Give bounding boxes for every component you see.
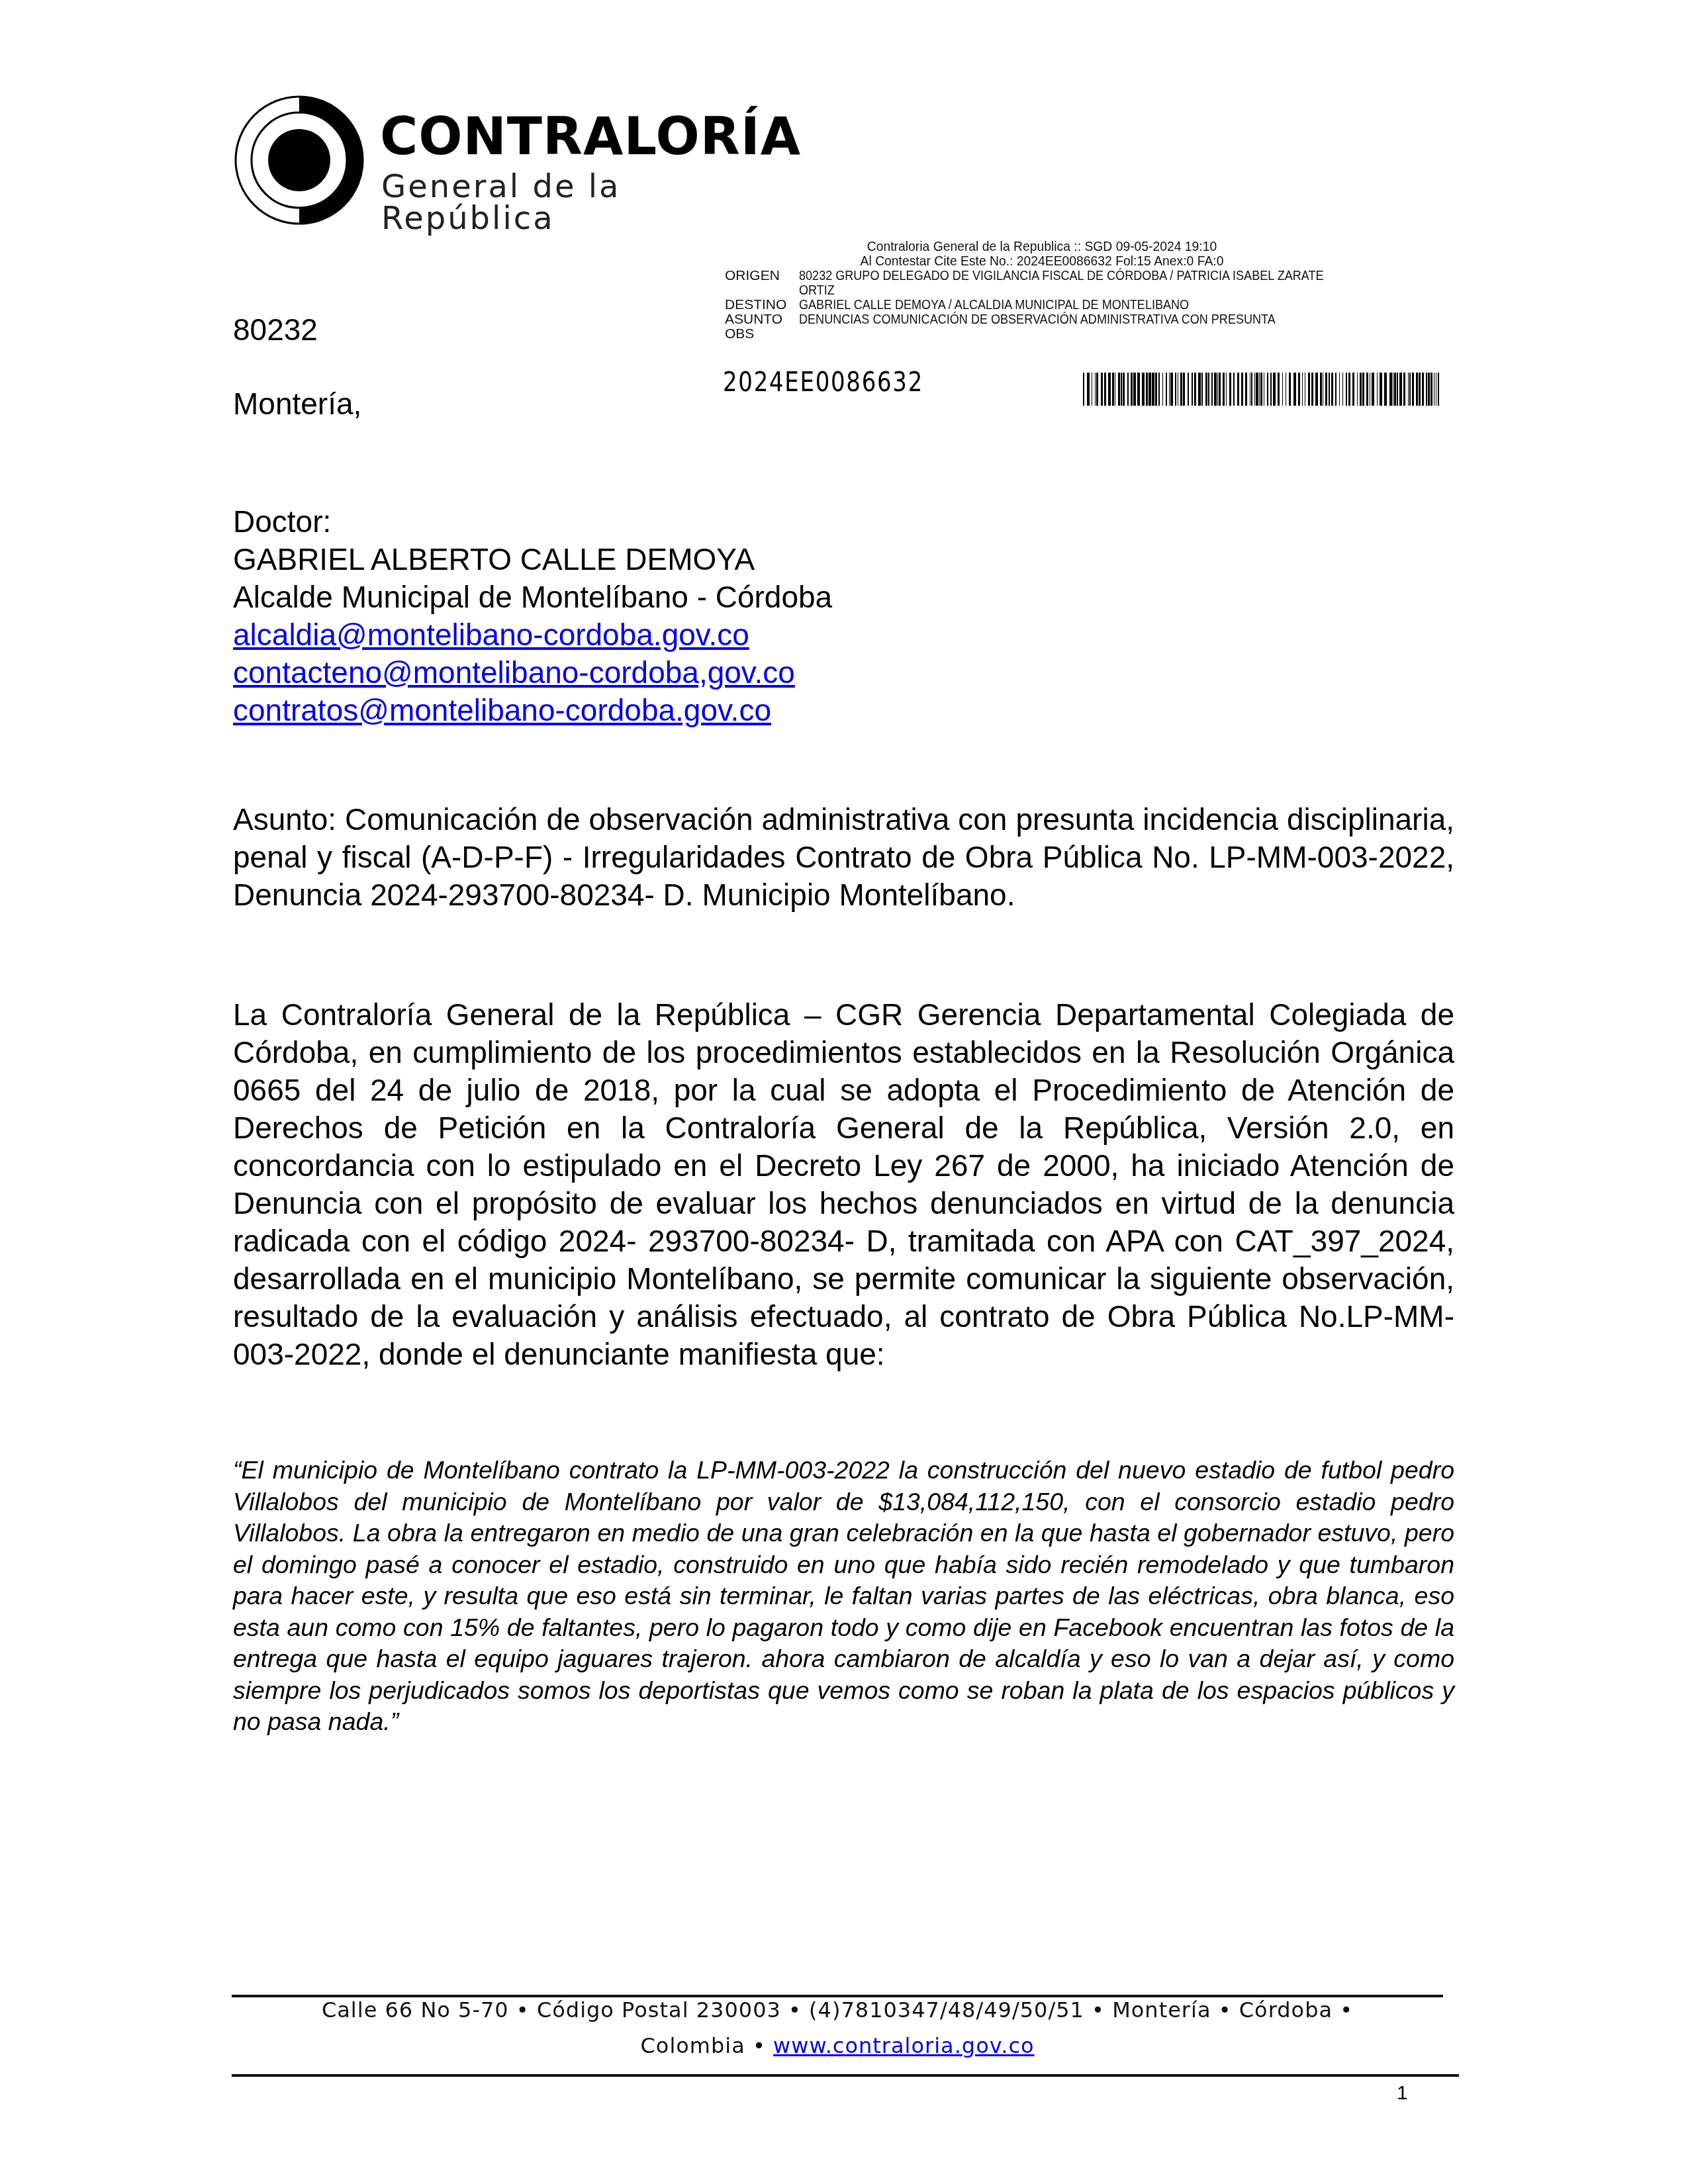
page-number: 1: [1397, 2082, 1408, 2105]
stamp-row-obs: OBS: [725, 327, 1460, 341]
recipient-block: Doctor: GABRIEL ALBERTO CALLE DEMOYA Alc…: [233, 503, 832, 729]
subject-text: Comunicación de observación administrati…: [233, 802, 1454, 912]
logo-title: CONTRALORÍA: [380, 111, 801, 163]
email-link-contratos[interactable]: contratos@montelibano-cordoba.gov.co: [233, 693, 771, 727]
dependency-code: 80232: [233, 311, 318, 349]
footer-address-line-1: Calle 66 No 5-70 • Código Postal 230003 …: [232, 1992, 1443, 2028]
stamp-line-1: Contraloria General de la Republica :: S…: [768, 240, 1316, 254]
stamp-row-destino: DESTINO GABRIEL CALLE DEMOYA / ALCALDIA …: [725, 298, 1460, 312]
recipient-name: GABRIEL ALBERTO CALLE DEMOYA: [233, 541, 832, 578]
stamp-value: ORTIZ: [799, 283, 1367, 298]
stamp-label: ASUNTO: [725, 312, 799, 327]
concentric-circles-logo-icon: [233, 94, 365, 226]
email-link-contacteno[interactable]: contacteno@montelibano-cordoba,gov.co: [233, 655, 795, 690]
subject-label: Asunto:: [233, 802, 336, 837]
stamp-row-origen: ORIGEN 80232 GRUPO DELEGADO DE VIGILANCI…: [725, 269, 1460, 283]
stamp-label: ORIGEN: [725, 269, 799, 283]
stamp-value: GABRIEL CALLE DEMOYA / ALCALDIA MUNICIPA…: [799, 298, 1367, 312]
city-line: Montería,: [233, 385, 361, 423]
radicado-number: 2024EE0086632: [723, 367, 923, 398]
logo-subtitle: General de la República: [381, 171, 802, 234]
footer-address-line-2: Colombia • www.contraloria.gov.co: [232, 2028, 1443, 2064]
website-link[interactable]: www.contraloria.gov.co: [773, 2033, 1035, 2058]
email-link-alcaldia[interactable]: alcaldia@montelibano-cordoba.gov.co: [233, 617, 749, 652]
stamp-value: [799, 327, 1367, 341]
stamp-value: DENUNCIAS COMUNICACIÓN DE OBSERVACIÓN AD…: [799, 312, 1367, 327]
stamp-label: DESTINO: [725, 298, 799, 312]
stamp-row-origen-cont: ORTIZ: [725, 283, 1460, 298]
subject-block: Asunto: Comunicación de observación admi…: [233, 801, 1454, 914]
contraloria-logo: CONTRALORÍA General de la República: [233, 94, 802, 226]
stamp-row-asunto: ASUNTO DENUNCIAS COMUNICACIÓN DE OBSERVA…: [725, 312, 1460, 327]
stamp-label: [725, 283, 799, 298]
barcode-icon: [1083, 373, 1444, 406]
footer-bottom-rule: [232, 2074, 1459, 2077]
footer-address: Calle 66 No 5-70 • Código Postal 230003 …: [232, 1992, 1443, 2064]
recipient-position: Alcalde Municipal de Montelíbano - Córdo…: [233, 578, 832, 616]
salutation: Doctor:: [233, 503, 832, 541]
footer-country: Colombia •: [640, 2033, 773, 2058]
stamp-value: 80232 GRUPO DELEGADO DE VIGILANCIA FISCA…: [799, 269, 1367, 283]
stamp-label: OBS: [725, 327, 799, 341]
body-paragraph: La Contraloría General de la República –…: [233, 996, 1454, 1373]
complainant-quote: “El municipio de Montelíbano contrato la…: [233, 1455, 1454, 1738]
stamp-line-2: Al Contestar Cite Este No.: 2024EE008663…: [768, 254, 1316, 269]
